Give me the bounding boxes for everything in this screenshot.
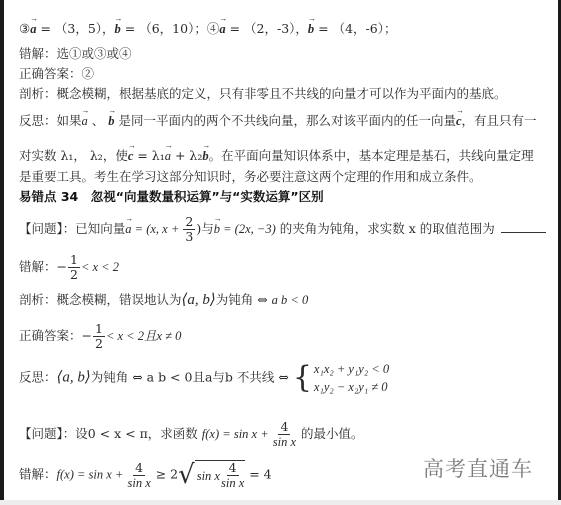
correct-answer-2: 正确答案：−12< x < 2且x ≠ 0 [19, 322, 181, 351]
wrong-label: 错解： [19, 467, 57, 482]
denominator: 3 [185, 230, 193, 244]
vector-a-value: = （3，5）， [36, 21, 114, 36]
reflection-1: 反思：如果a 、 b 是同一平面内的两个不共线向量，那么对该平面内的任一向量c，… [19, 113, 537, 129]
fraction: 4sin x [221, 461, 244, 490]
expression: )与 [196, 221, 213, 236]
numerator: 4 [227, 461, 239, 476]
wrong-label: 错解： [19, 259, 57, 274]
problem-label: 【问题】：已知向量 [19, 221, 125, 236]
vector-a: a [125, 221, 131, 237]
numerator: 4 [133, 461, 145, 476]
denominator: sin x [273, 435, 296, 449]
watermark: 高考直通车 [423, 453, 533, 483]
options-line: ③a = （3，5），b = （6，10）；④a = （2，-3），b = （4… [19, 21, 396, 37]
vector-b: b [214, 221, 220, 237]
reflection-1-line-2: 对实数 λ₁， λ₂，使c = λ₁a + λ₂b。在平面向量知识体系中，基本定… [19, 148, 534, 164]
option-3-marker: ③ [19, 21, 30, 36]
vector-b: b [308, 21, 314, 37]
dot-product: a b < 0 [272, 293, 309, 307]
problem-1: 【问题】：已知向量a = (x, x + 23)与b = (2x, −3) 的夹… [19, 215, 546, 244]
reflection-label: 反思：如果 [19, 113, 82, 128]
vector-c: c [456, 113, 462, 129]
left-border [0, 0, 4, 500]
denominator: sin x [221, 476, 244, 490]
vector-b: b [108, 113, 114, 129]
reflection-label: 反思： [19, 370, 57, 385]
fraction: 12 [93, 322, 105, 351]
separator: 、 [88, 113, 104, 128]
radical-icon: √ [178, 462, 195, 488]
function-expression: f(x) = sin x + [202, 427, 272, 441]
vector-b: b [202, 148, 208, 164]
angle-expression: ⟨a, b⟩ [182, 292, 216, 308]
reflection-1-line-3: 是重要工具。考生在学习这部分知识时，务必要注意这两个定理的作用和成立条件。 [19, 169, 482, 185]
reflection-text-end: 。在平面向量知识体系中，基本定理是基石，共线向量定理 [209, 148, 534, 163]
vector-b-value: = （6，10）； [121, 21, 207, 36]
fraction: 12 [68, 253, 80, 282]
angle-expression: ⟨a, b⟩ [57, 370, 91, 386]
wrong-answer-3: 错解：f(x) = sin x + 4sin x ≥ 2√sin x 4sin … [19, 460, 272, 490]
fraction: 4sin x [128, 461, 151, 490]
expression: = (2x, −3) [220, 222, 276, 236]
vector-a: a [219, 21, 225, 37]
expression: = (x, x + [132, 222, 183, 236]
fraction: 4sin x [273, 420, 296, 449]
section-heading-34: 易错点 34 忽视“向量数量积运算”与“实数运算”区别 [19, 189, 324, 205]
denominator: 2 [95, 337, 103, 351]
condition-system: {x₁x₂ + y₁y₂ < 0x₁y₂ − x₂y₁ ≠ 0 [293, 360, 389, 396]
bottom-strip [0, 500, 561, 505]
function-expression: f(x) = sin x + [57, 468, 127, 482]
analysis-label: 剖析：概念模糊，错误地认为 [19, 292, 182, 307]
denominator: 2 [70, 268, 78, 282]
denominator: sin x [128, 476, 151, 490]
inequality: < x < 2 [81, 260, 119, 274]
inequality-sign: ≥ 2 [152, 467, 178, 482]
reflection-text-end: ，有且只有一 [462, 113, 537, 128]
numerator: 1 [68, 253, 80, 268]
problem-text: 的最小值。 [297, 426, 363, 441]
analysis-2: 剖析：概念模糊，错误地认为⟨a, b⟩为钝角 ⇔ a b < 0 [19, 292, 308, 308]
radicand: sin x [197, 468, 220, 484]
numerator: 4 [278, 420, 290, 435]
vector-c: c [128, 148, 134, 164]
condition-row: x₁x₂ + y₁y₂ < 0 [314, 360, 389, 378]
condition-row: x₁y₂ − x₂y₁ ≠ 0 [314, 378, 389, 396]
square-root: √sin x 4sin x [178, 460, 245, 490]
numerator: 2 [183, 215, 195, 230]
minus-sign: − [57, 259, 67, 274]
vector-b-value: = （4，-6）； [314, 21, 396, 36]
numerator: 1 [93, 322, 105, 337]
inequality: < x < 2且x ≠ 0 [106, 329, 181, 343]
reflection-text: 是同一平面内的两个不共线向量，那么对该平面内的任一向量 [114, 113, 455, 128]
answer-blank [501, 220, 546, 233]
minus-sign: − [82, 328, 92, 343]
vector-b: b [115, 21, 121, 37]
vector-a: a [165, 148, 171, 164]
vector-a: a [82, 113, 88, 129]
analysis-1: 剖析：概念模糊，根据基底的定义，只有非零且不共线的向量才可以作为平面内的基底。 [19, 86, 507, 102]
reflection-2: 反思：⟨a, b⟩为钝角 ⇔ a b < 0且a与b 不共线 ⇔ {x₁x₂ +… [19, 360, 389, 396]
reflection-text: 对实数 λ₁， λ₂，使 [19, 148, 128, 163]
result: = 4 [245, 467, 271, 482]
vector-a-value: = （2，-3）， [226, 21, 308, 36]
option-4-marker: ④ [207, 21, 220, 36]
wrong-answer-1: 错解：选①或③或④ [19, 46, 132, 62]
equation-part: + λ₂ [171, 148, 202, 163]
vector-a: a [30, 21, 36, 37]
fraction: 23 [183, 215, 195, 244]
equation-part: = λ₁ [133, 148, 164, 163]
correct-answer-1: 正确答案：② [19, 66, 94, 82]
problem-text: 的夹角为钝角，求实数 x 的取值范围为 [276, 221, 495, 236]
correct-label: 正确答案： [19, 328, 82, 343]
problem-2: 【问题】：设0 < x < π，求函数 f(x) = sin x + 4sin … [19, 420, 364, 449]
left-brace-icon: { [293, 363, 312, 393]
analysis-text: 为钝角 ⇔ [216, 292, 272, 307]
reflection-text: 为钝角 ⇔ a b < 0且a与b 不共线 ⇔ [91, 370, 289, 385]
problem-label: 【问题】：设0 < x < π，求函数 [19, 426, 202, 441]
wrong-answer-2: 错解：−12< x < 2 [19, 253, 119, 282]
